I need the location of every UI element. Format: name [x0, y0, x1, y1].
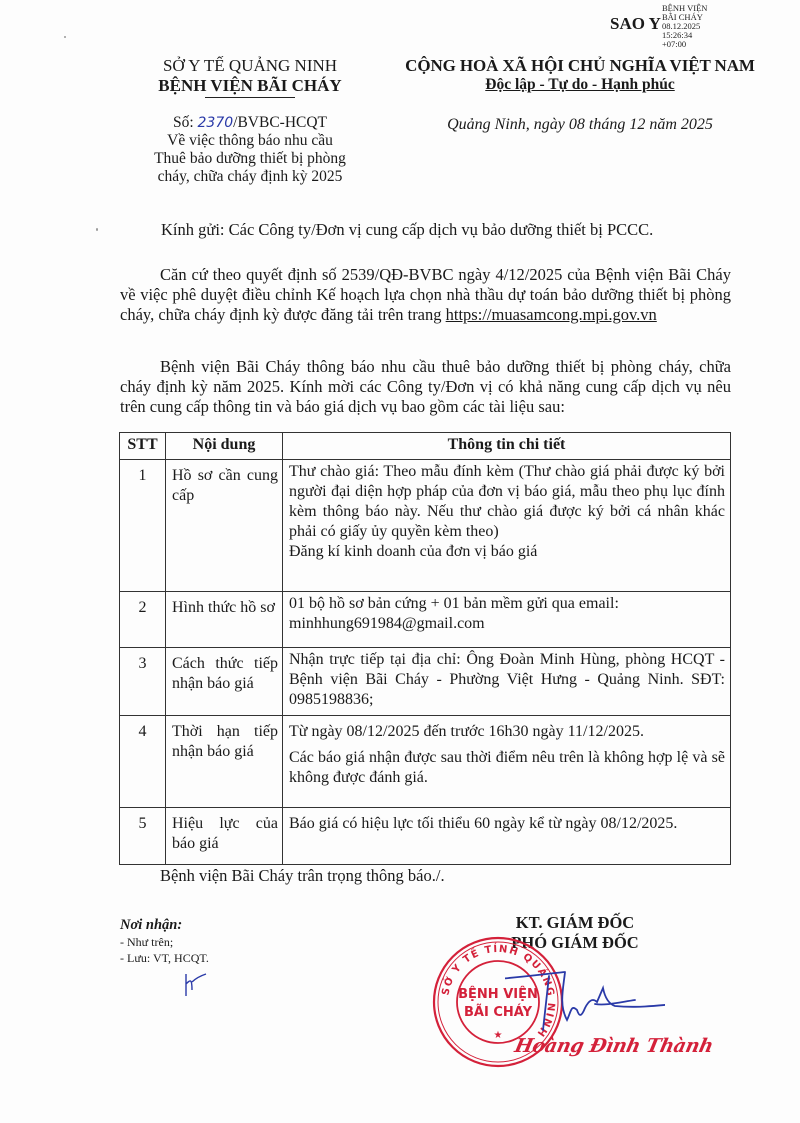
table-row: 1 Hồ sơ cần cung cấp Thư chào giá: Theo … — [120, 460, 731, 592]
row-stt: 5 — [120, 808, 166, 865]
number-prefix: Số: — [173, 114, 198, 131]
basis-paragraph: Căn cứ theo quyết định số 2539/QĐ-BVBC n… — [120, 265, 731, 325]
col-header-stt: STT — [120, 433, 166, 460]
detail-line: 01 bộ hồ sơ bản cứng + 01 bản mềm gửi qu… — [289, 594, 725, 634]
subject-line: Thuê bảo dưỡng thiết bị phòng — [115, 150, 385, 168]
scan-speck — [96, 228, 98, 231]
row-content: Thời hạn tiếp nhận báo giá — [166, 716, 283, 808]
row-details: Nhận trực tiếp tại địa chỉ: Ông Đoàn Min… — [283, 648, 731, 716]
number-suffix: /BVBC-HCQT — [233, 114, 327, 131]
row-details: 01 bộ hồ sơ bản cứng + 01 bản mềm gửi qu… — [283, 592, 731, 648]
row-content-text: Hình thức hồ sơ — [172, 599, 275, 616]
row-details: Từ ngày 08/12/2025 đến trước 16h30 ngày … — [283, 716, 731, 808]
col-header-details: Thông tin chi tiết — [283, 433, 731, 460]
row-details: Thư chào giá: Theo mẫu đính kèm (Thư chà… — [283, 460, 731, 592]
svg-text:★: ★ — [494, 1030, 503, 1041]
copy-stamp-meta: BỆNH VIỆN BÃI CHÁY 08.12.2025 15:26:34 +… — [662, 4, 707, 49]
national-title: CỘNG HOÀ XÃ HỘI CHỦ NGHĨA VIỆT NAM — [385, 56, 775, 76]
document-number: Số: 2370/BVBC-HCQT — [115, 114, 385, 132]
issuer-header: SỞ Y TẾ QUẢNG NINH BỆNH VIỆN BÃI CHÁY Số… — [115, 56, 385, 186]
national-header: CỘNG HOÀ XÃ HỘI CHỦ NGHĨA VIỆT NAM Độc l… — [385, 56, 775, 134]
national-motto: Độc lập - Tự do - Hạnh phúc — [385, 76, 775, 94]
row-content: Cách thức tiếp nhận báo giá — [166, 648, 283, 716]
recipient-item: - Như trên; — [120, 934, 209, 950]
row-stt: 1 — [120, 460, 166, 592]
subject-line: Về việc thông báo nhu cầu — [115, 132, 385, 150]
detail-line: Các báo giá nhận được sau thời điểm nêu … — [289, 748, 725, 788]
row-content: Hình thức hồ sơ — [166, 592, 283, 648]
row-stt: 3 — [120, 648, 166, 716]
row-content: Hiệu lực của báo giá — [166, 808, 283, 865]
recipients-block: Nơi nhận: - Như trên; - Lưu: VT, HCQT. — [120, 917, 209, 966]
recipient-item: - Lưu: VT, HCQT. — [120, 950, 209, 966]
row-stt: 4 — [120, 716, 166, 808]
detail-line: Nhận trực tiếp tại địa chỉ: Ông Đoàn Min… — [289, 650, 725, 710]
row-content-text: Hiệu lực của báo giá — [172, 815, 278, 852]
detail-line: Báo giá có hiệu lực tối thiểu 60 ngày kể… — [289, 814, 725, 834]
initial-mark-icon — [180, 970, 210, 1000]
table-header-row: STT Nội dung Thông tin chi tiết — [120, 433, 731, 460]
table-row: 2 Hình thức hồ sơ 01 bộ hồ sơ bản cứng +… — [120, 592, 731, 648]
detail-line: Thư chào giá: Theo mẫu đính kèm (Thư chà… — [289, 462, 725, 542]
hospital-name: BỆNH VIỆN BÃI CHÁY — [115, 76, 385, 96]
col-header-content: Nội dung — [166, 433, 283, 460]
recipients-title: Nơi nhận: — [120, 917, 209, 934]
row-content-text: Hồ sơ cần cung cấp — [172, 467, 278, 504]
department-name: SỞ Y TẾ QUẢNG NINH — [115, 56, 385, 76]
row-content-text: Thời hạn tiếp nhận báo giá — [172, 723, 278, 760]
recipient-line: Kính gửi: Các Công ty/Đơn vị cung cấp dị… — [161, 220, 653, 240]
copy-stamp-label: SAO Y — [610, 14, 661, 34]
handwritten-signature-icon — [505, 960, 665, 1040]
procurement-link[interactable]: https://muasamcong.mpi.gov.vn — [446, 305, 657, 324]
detail-line: Đăng kí kinh doanh của đơn vị báo giá — [289, 542, 725, 562]
subject-line: cháy, chữa cháy định kỳ 2025 — [115, 168, 385, 186]
signature-title-line1: KT. GIÁM ĐỐC — [480, 913, 670, 933]
table-row: 5 Hiệu lực của báo giá Báo giá có hiệu l… — [120, 808, 731, 865]
table-row: 4 Thời hạn tiếp nhận báo giá Từ ngày 08/… — [120, 716, 731, 808]
scan-speck — [64, 36, 66, 38]
number-handwritten: 2370 — [198, 115, 234, 131]
requirements-table: STT Nội dung Thông tin chi tiết 1 Hồ sơ … — [119, 432, 731, 865]
notice-paragraph: Bệnh viện Bãi Cháy thông báo nhu cầu thu… — [120, 357, 731, 417]
closing-line: Bệnh viện Bãi Cháy trân trọng thông báo.… — [160, 866, 445, 886]
copy-stamp-tz: +07:00 — [662, 40, 707, 49]
header-rule — [205, 97, 295, 98]
detail-line: Từ ngày 08/12/2025 đến trước 16h30 ngày … — [289, 722, 725, 742]
row-content: Hồ sơ cần cung cấp — [166, 460, 283, 592]
place-date: Quảng Ninh, ngày 08 tháng 12 năm 2025 — [385, 116, 775, 134]
row-details: Báo giá có hiệu lực tối thiểu 60 ngày kể… — [283, 808, 731, 865]
table-row: 3 Cách thức tiếp nhận báo giá Nhận trực … — [120, 648, 731, 716]
row-stt: 2 — [120, 592, 166, 648]
row-content-text: Cách thức tiếp nhận báo giá — [172, 655, 278, 692]
signer-name: Hoàng Đình Thành — [513, 1035, 715, 1057]
